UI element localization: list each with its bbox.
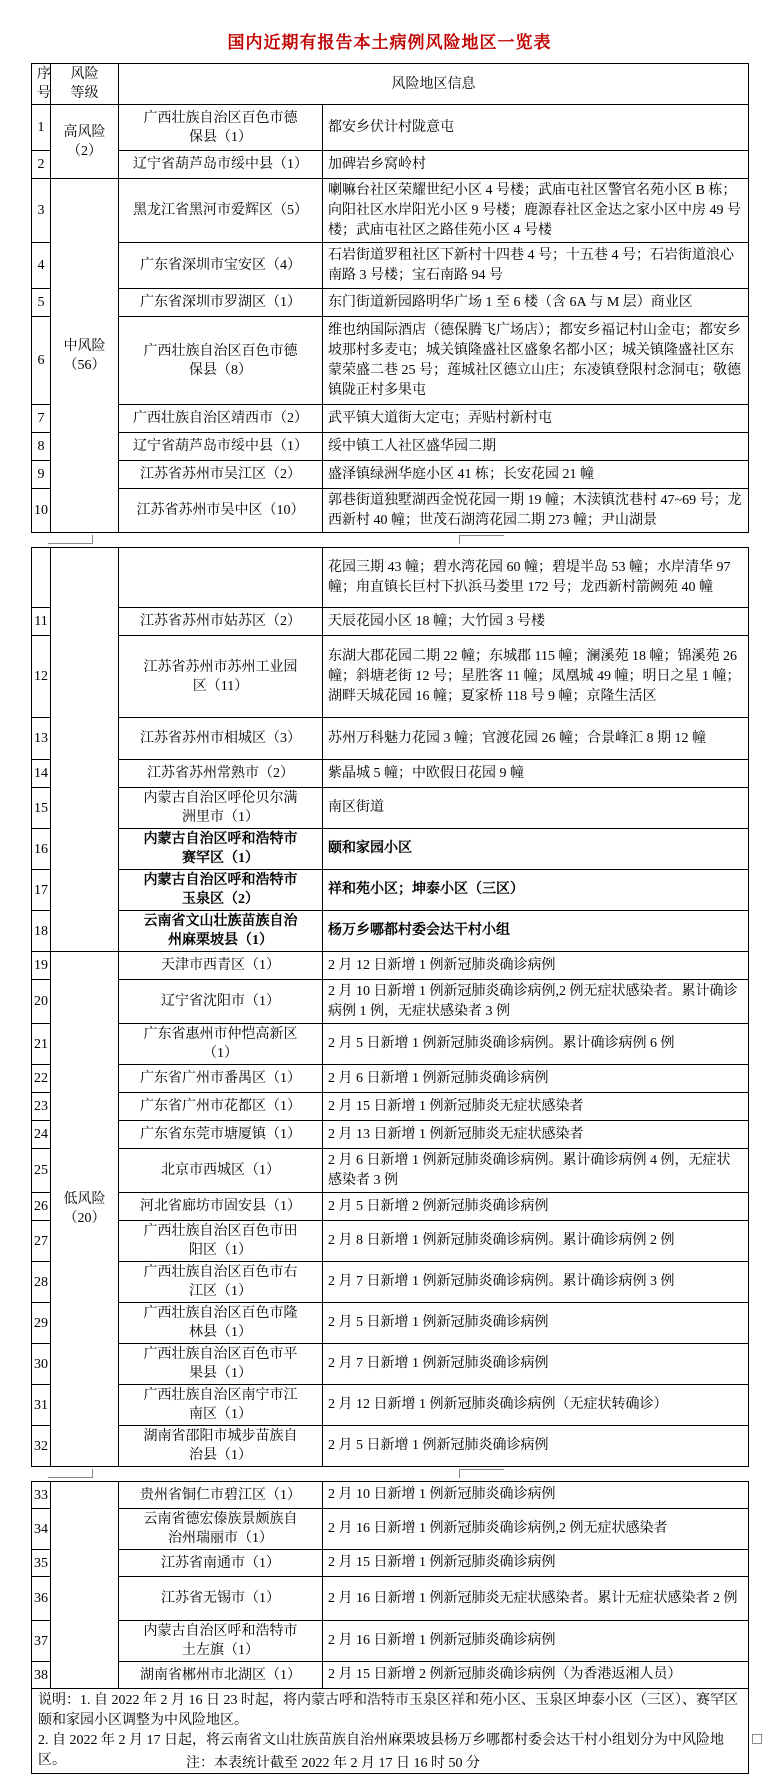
- region-cell: 广东省广州市番禺区（1）: [119, 1065, 323, 1093]
- info-cell: 2 月 12 日新增 1 例新冠肺炎确诊病例（无症状转确诊）: [323, 1385, 749, 1426]
- region-cell: 江苏省苏州市吴中区（10）: [119, 489, 323, 533]
- table-row: 14 江苏省苏州常熟市（2） 紫晶城 5 幢；中欧假日花园 9 幢: [32, 760, 749, 788]
- row-number-cell: 30: [32, 1344, 51, 1385]
- row-number-cell: 28: [32, 1262, 51, 1303]
- region-cell: 天津市西青区（1）: [119, 952, 323, 980]
- table-row: 13 江苏省苏州市相城区（3） 苏州万科魅力花园 3 幢；官渡花园 26 幢；合…: [32, 718, 749, 760]
- info-cell: 东门街道新园路明华广场 1 至 6 楼（含 6A 与 M 层）商业区: [323, 289, 749, 317]
- row-number-cell: 20: [32, 980, 51, 1024]
- page-break: [31, 533, 748, 547]
- table-row-continuation: 花园三期 43 幢；碧水湾花园 60 幢；碧堤半岛 53 幢；水岸清华 97 幢…: [32, 548, 749, 608]
- info-cell: 绥中镇工人社区盛华园二期: [323, 433, 749, 461]
- info-cell: 2 月 16 日新增 1 例新冠肺炎确诊病例: [323, 1621, 749, 1662]
- medium-risk-label-cell: 中风险 （56）: [51, 179, 119, 533]
- row-number-cell: 33: [32, 1482, 51, 1509]
- header-no: 序 号: [32, 64, 51, 105]
- table-row: 5 广东省深圳市罗湖区（1） 东门街道新园路明华广场 1 至 6 楼（含 6A …: [32, 289, 749, 317]
- header-level: 风险 等级: [51, 64, 119, 105]
- page-break-left-mark: [48, 1469, 93, 1478]
- risk-table-page-2: 花园三期 43 幢；碧水湾花园 60 幢；碧堤半岛 53 幢；水岸清华 97 幢…: [31, 547, 749, 1467]
- region-cell: 江苏省苏州市相城区（3）: [119, 718, 323, 760]
- table-row: 4 广东省深圳市宝安区（4） 石岩街道罗租社区下新村十四巷 4 号；十五巷 4 …: [32, 243, 749, 289]
- region-cell: 广东省东莞市塘厦镇（1）: [119, 1121, 323, 1149]
- table-row: 35 江苏省南通市（1） 2 月 15 日新增 1 例新冠肺炎确诊病例: [32, 1550, 749, 1577]
- cursor-artifact: [752, 1734, 762, 1744]
- table-row: 23 广东省广州市花都区（1） 2 月 15 日新增 1 例新冠肺炎无症状感染者: [32, 1093, 749, 1121]
- info-cell: 紫晶城 5 幢；中欧假日花园 9 幢: [323, 760, 749, 788]
- region-cell: 广西壮族自治区百色市德 保县（8）: [119, 317, 323, 405]
- row-number-cell: 37: [32, 1621, 51, 1662]
- table-row: 38 湖南省郴州市北湖区（1） 2 月 15 日新增 2 例新冠肺炎确诊病例（为…: [32, 1662, 749, 1689]
- row-number-cell: 18: [32, 911, 51, 952]
- table-row: 25 北京市西城区（1） 2 月 6 日新增 1 例新冠肺炎确诊病例。累计确诊病…: [32, 1149, 749, 1193]
- table-row: 26 河北省廊坊市固安县（1） 2 月 5 日新增 2 例新冠肺炎确诊病例: [32, 1193, 749, 1221]
- table-row: 16 内蒙古自治区呼和浩特市 赛罕区（1） 颐和家园小区: [32, 829, 749, 870]
- info-cell: 花园三期 43 幢；碧水湾花园 60 幢；碧堤半岛 53 幢；水岸清华 97 幢…: [323, 548, 749, 608]
- table-row: 22 广东省广州市番禺区（1） 2 月 6 日新增 1 例新冠肺炎确诊病例: [32, 1065, 749, 1093]
- info-cell: 2 月 5 日新增 1 例新冠肺炎确诊病例。累计确诊病例 6 例: [323, 1024, 749, 1065]
- region-cell: 辽宁省葫芦岛市绥中县（1）: [119, 433, 323, 461]
- region-cell: 江苏省苏州常熟市（2）: [119, 760, 323, 788]
- info-cell: 南区街道: [323, 788, 749, 829]
- region-cell: 云南省德宏傣族景颇族自 治州瑞丽市（1）: [119, 1509, 323, 1550]
- page-break-right-mark: [459, 1469, 504, 1478]
- info-cell: 郭巷街道独墅湖西金悦花园一期 19 幢；木渎镇沈巷村 47~69 号；龙西新村 …: [323, 489, 749, 533]
- page-break: [31, 1467, 748, 1481]
- table-row: 32 湖南省邵阳市城步苗族自 治县（1） 2 月 5 日新增 1 例新冠肺炎确诊…: [32, 1426, 749, 1467]
- table-row: 6 广西壮族自治区百色市德 保县（8） 维也纳国际酒店（德保腾飞广场店）；都安乡…: [32, 317, 749, 405]
- risk-level-empty-cell: [51, 1482, 119, 1689]
- info-cell: 颐和家园小区: [323, 829, 749, 870]
- row-number-cell: 38: [32, 1662, 51, 1689]
- table-row: 29 广西壮族自治区百色市隆 林县（1） 2 月 5 日新增 1 例新冠肺炎确诊…: [32, 1303, 749, 1344]
- info-cell: 武平镇大道街大定屯；弄贴村新村屯: [323, 405, 749, 433]
- info-cell: 2 月 5 日新增 2 例新冠肺炎确诊病例: [323, 1193, 749, 1221]
- table-row: 7 广西壮族自治区靖西市（2） 武平镇大道街大定屯；弄贴村新村屯: [32, 405, 749, 433]
- table-row: 33 贵州省铜仁市碧江区（1） 2 月 10 日新增 1 例新冠肺炎确诊病例: [32, 1482, 749, 1509]
- region-cell: 云南省文山壮族苗族自治 州麻栗坡县（1）: [119, 911, 323, 952]
- region-cell: 广西壮族自治区百色市隆 林县（1）: [119, 1303, 323, 1344]
- table-row: 21 广东省惠州市仲恺高新区 （1） 2 月 5 日新增 1 例新冠肺炎确诊病例…: [32, 1024, 749, 1065]
- region-cell: 广东省深圳市宝安区（4）: [119, 243, 323, 289]
- table-row: 11 江苏省苏州市姑苏区（2） 天辰花园小区 18 幢；大竹园 3 号楼: [32, 608, 749, 636]
- region-cell: 黑龙江省黑河市爱辉区（5）: [119, 179, 323, 243]
- info-cell: 2 月 5 日新增 1 例新冠肺炎确诊病例: [323, 1303, 749, 1344]
- info-cell: 2 月 8 日新增 1 例新冠肺炎确诊病例。累计确诊病例 2 例: [323, 1221, 749, 1262]
- table-row: 17 内蒙古自治区呼和浩特市 玉泉区（2） 祥和苑小区；坤泰小区（三区）: [32, 870, 749, 911]
- table-row: 2 辽宁省葫芦岛市绥中县（1） 加碑岩乡窝岭村: [32, 151, 749, 179]
- region-cell: 湖南省邵阳市城步苗族自 治县（1）: [119, 1426, 323, 1467]
- risk-table-page-1: 序 号 风险 等级 风险地区信息 1 高风险 （2） 广西壮族自治区百色市德 保…: [31, 63, 749, 533]
- row-number-cell: 15: [32, 788, 51, 829]
- region-cell: 广西壮族自治区靖西市（2）: [119, 405, 323, 433]
- row-number-cell: 27: [32, 1221, 51, 1262]
- info-cell: 石岩街道罗租社区下新村十四巷 4 号；十五巷 4 号；石岩街道浪心南路 3 号楼…: [323, 243, 749, 289]
- region-cell: 湖南省郴州市北湖区（1）: [119, 1662, 323, 1689]
- info-cell: 2 月 12 日新增 1 例新冠肺炎确诊病例: [323, 952, 749, 980]
- row-number-cell: 34: [32, 1509, 51, 1550]
- info-cell: 杨万乡哪都村委会达干村小组: [323, 911, 749, 952]
- table-row: 30 广西壮族自治区百色市平 果县（1） 2 月 7 日新增 1 例新冠肺炎确诊…: [32, 1344, 749, 1385]
- risk-level-empty-cell: [51, 548, 119, 952]
- row-number-cell: 12: [32, 636, 51, 718]
- region-cell: 江苏省苏州市吴江区（2）: [119, 461, 323, 489]
- region-cell: 辽宁省葫芦岛市绥中县（1）: [119, 151, 323, 179]
- table-row: 8 辽宁省葫芦岛市绥中县（1） 绥中镇工人社区盛华园二期: [32, 433, 749, 461]
- region-cell: 广西壮族自治区百色市右 江区（1）: [119, 1262, 323, 1303]
- row-number-cell: 31: [32, 1385, 51, 1426]
- table-row: 15 内蒙古自治区呼伦贝尔满 洲里市（1） 南区街道: [32, 788, 749, 829]
- table-row: 24 广东省东莞市塘厦镇（1） 2 月 13 日新增 1 例新冠肺炎无症状感染者: [32, 1121, 749, 1149]
- row-number-cell: [32, 548, 51, 608]
- region-cell: 江苏省南通市（1）: [119, 1550, 323, 1577]
- row-number-cell: 6: [32, 317, 51, 405]
- low-risk-label-cell: 低风险 （20）: [51, 952, 119, 1467]
- region-cell: 广西壮族自治区百色市田 阳区（1）: [119, 1221, 323, 1262]
- info-cell: 2 月 15 日新增 1 例新冠肺炎无症状感染者: [323, 1093, 749, 1121]
- region-cell: 广东省广州市花都区（1）: [119, 1093, 323, 1121]
- note-line-1: 说明：1. 自 2022 年 2 月 16 日 23 时起，将内蒙古呼和浩特市玉…: [38, 1691, 742, 1731]
- table-row: 34 云南省德宏傣族景颇族自 治州瑞丽市（1） 2 月 16 日新增 1 例新冠…: [32, 1509, 749, 1550]
- row-number-cell: 7: [32, 405, 51, 433]
- table-row: 37 内蒙古自治区呼和浩特市 土左旗（1） 2 月 16 日新增 1 例新冠肺炎…: [32, 1621, 749, 1662]
- region-cell: 江苏省苏州市姑苏区（2）: [119, 608, 323, 636]
- row-number-cell: 29: [32, 1303, 51, 1344]
- region-cell: 广西壮族自治区南宁市江 南区（1）: [119, 1385, 323, 1426]
- region-cell: 广东省惠州市仲恺高新区 （1）: [119, 1024, 323, 1065]
- info-cell: 2 月 5 日新增 1 例新冠肺炎确诊病例: [323, 1426, 749, 1467]
- region-cell: 广东省深圳市罗湖区（1）: [119, 289, 323, 317]
- page-title: 国内近期有报告本土病例风险地区一览表: [31, 28, 748, 53]
- info-cell: 2 月 6 日新增 1 例新冠肺炎确诊病例。累计确诊病例 4 例，无症状感染者 …: [323, 1149, 749, 1193]
- info-cell: 盛泽镇绿洲华庭小区 41 栋；长安花园 21 幢: [323, 461, 749, 489]
- info-cell: 2 月 7 日新增 1 例新冠肺炎确诊病例。累计确诊病例 3 例: [323, 1262, 749, 1303]
- row-number-cell: 4: [32, 243, 51, 289]
- region-cell: 贵州省铜仁市碧江区（1）: [119, 1482, 323, 1509]
- table-row: 28 广西壮族自治区百色市右 江区（1） 2 月 7 日新增 1 例新冠肺炎确诊…: [32, 1262, 749, 1303]
- row-number-cell: 35: [32, 1550, 51, 1577]
- info-cell: 2 月 16 日新增 1 例新冠肺炎无症状感染者。累计无症状感染者 2 例: [323, 1577, 749, 1621]
- info-cell: 2 月 16 日新增 1 例新冠肺炎确诊病例,2 例无症状感染者: [323, 1509, 749, 1550]
- table-row: 20 辽宁省沈阳市（1） 2 月 10 日新增 1 例新冠肺炎确诊病例,2 例无…: [32, 980, 749, 1024]
- row-number-cell: 8: [32, 433, 51, 461]
- region-cell: 内蒙古自治区呼和浩特市 土左旗（1）: [119, 1621, 323, 1662]
- table-header-row: 序 号 风险 等级 风险地区信息: [32, 64, 749, 105]
- table-row: 1 高风险 （2） 广西壮族自治区百色市德 保县（1） 都安乡伏计村陇意屯: [32, 105, 749, 151]
- row-number-cell: 19: [32, 952, 51, 980]
- info-cell: 祥和苑小区；坤泰小区（三区）: [323, 870, 749, 911]
- table-row: 12 江苏省苏州市苏州工业园 区（11） 东湖大郡花园二期 22 幢；东城郡 1…: [32, 636, 749, 718]
- row-number-cell: 2: [32, 151, 51, 179]
- info-cell: 都安乡伏计村陇意屯: [323, 105, 749, 151]
- row-number-cell: 16: [32, 829, 51, 870]
- info-cell: 2 月 6 日新增 1 例新冠肺炎确诊病例: [323, 1065, 749, 1093]
- table-row: 36 江苏省无锡市（1） 2 月 16 日新增 1 例新冠肺炎无症状感染者。累计…: [32, 1577, 749, 1621]
- row-number-cell: 13: [32, 718, 51, 760]
- header-info: 风险地区信息: [119, 64, 749, 105]
- info-cell: 2 月 15 日新增 2 例新冠肺炎确诊病例（为香港返湘人员）: [323, 1662, 749, 1689]
- table-row: 31 广西壮族自治区南宁市江 南区（1） 2 月 12 日新增 1 例新冠肺炎确…: [32, 1385, 749, 1426]
- info-cell: 2 月 7 日新增 1 例新冠肺炎确诊病例: [323, 1344, 749, 1385]
- region-cell: 广西壮族自治区百色市平 果县（1）: [119, 1344, 323, 1385]
- row-number-cell: 3: [32, 179, 51, 243]
- row-number-cell: 21: [32, 1024, 51, 1065]
- stats-footnote: 注：本表统计截至 2022 年 2 月 17 日 16 时 50 分: [0, 1752, 666, 1772]
- region-cell: [119, 548, 323, 608]
- info-cell: 2 月 15 日新增 1 例新冠肺炎确诊病例: [323, 1550, 749, 1577]
- table-row: 3 中风险 （56） 黑龙江省黑河市爱辉区（5） 喇嘛台社区荣耀世纪小区 4 号…: [32, 179, 749, 243]
- region-cell: 河北省廊坊市固安县（1）: [119, 1193, 323, 1221]
- region-cell: 江苏省苏州市苏州工业园 区（11）: [119, 636, 323, 718]
- region-cell: 内蒙古自治区呼伦贝尔满 洲里市（1）: [119, 788, 323, 829]
- info-cell: 天辰花园小区 18 幢；大竹园 3 号楼: [323, 608, 749, 636]
- info-cell: 2 月 10 日新增 1 例新冠肺炎确诊病例: [323, 1482, 749, 1509]
- info-cell: 苏州万科魅力花园 3 幢；官渡花园 26 幢；合景峰汇 8 期 12 幢: [323, 718, 749, 760]
- info-cell: 2 月 13 日新增 1 例新冠肺炎无症状感染者: [323, 1121, 749, 1149]
- row-number-cell: 36: [32, 1577, 51, 1621]
- info-cell: 加碑岩乡窝岭村: [323, 151, 749, 179]
- row-number-cell: 23: [32, 1093, 51, 1121]
- row-number-cell: 26: [32, 1193, 51, 1221]
- region-cell: 广西壮族自治区百色市德 保县（1）: [119, 105, 323, 151]
- row-number-cell: 22: [32, 1065, 51, 1093]
- table-row: 19 低风险 （20） 天津市西青区（1） 2 月 12 日新增 1 例新冠肺炎…: [32, 952, 749, 980]
- region-cell: 北京市西城区（1）: [119, 1149, 323, 1193]
- region-cell: 内蒙古自治区呼和浩特市 赛罕区（1）: [119, 829, 323, 870]
- table-row: 9 江苏省苏州市吴江区（2） 盛泽镇绿洲华庭小区 41 栋；长安花园 21 幢: [32, 461, 749, 489]
- risk-table-page-3: 33 贵州省铜仁市碧江区（1） 2 月 10 日新增 1 例新冠肺炎确诊病例 3…: [31, 1481, 749, 1774]
- row-number-cell: 25: [32, 1149, 51, 1193]
- region-cell: 辽宁省沈阳市（1）: [119, 980, 323, 1024]
- info-cell: 东湖大郡花园二期 22 幢；东城郡 115 幢；澜溪苑 18 幢；锦溪苑 26 …: [323, 636, 749, 718]
- row-number-cell: 1: [32, 105, 51, 151]
- table-row: 18 云南省文山壮族苗族自治 州麻栗坡县（1） 杨万乡哪都村委会达干村小组: [32, 911, 749, 952]
- row-number-cell: 32: [32, 1426, 51, 1467]
- table-row: 27 广西壮族自治区百色市田 阳区（1） 2 月 8 日新增 1 例新冠肺炎确诊…: [32, 1221, 749, 1262]
- row-number-cell: 14: [32, 760, 51, 788]
- row-number-cell: 17: [32, 870, 51, 911]
- region-cell: 江苏省无锡市（1）: [119, 1577, 323, 1621]
- table-row: 10 江苏省苏州市吴中区（10） 郭巷街道独墅湖西金悦花园一期 19 幢；木渎镇…: [32, 489, 749, 533]
- region-cell: 内蒙古自治区呼和浩特市 玉泉区（2）: [119, 870, 323, 911]
- high-risk-label-cell: 高风险 （2）: [51, 105, 119, 179]
- info-cell: 2 月 10 日新增 1 例新冠肺炎确诊病例,2 例无症状感染者。累计确诊病例 …: [323, 980, 749, 1024]
- row-number-cell: 11: [32, 608, 51, 636]
- row-number-cell: 5: [32, 289, 51, 317]
- page-break-right-mark: [459, 535, 504, 544]
- info-cell: 维也纳国际酒店（德保腾飞广场店）；都安乡福记村山金屯；都安乡坡那村多麦屯；城关镇…: [323, 317, 749, 405]
- page-break-left-mark: [48, 535, 93, 544]
- info-cell: 喇嘛台社区荣耀世纪小区 4 号楼；武庙屯社区警官名苑小区 B 栋；向阳社区水岸阳…: [323, 179, 749, 243]
- row-number-cell: 24: [32, 1121, 51, 1149]
- row-number-cell: 10: [32, 489, 51, 533]
- row-number-cell: 9: [32, 461, 51, 489]
